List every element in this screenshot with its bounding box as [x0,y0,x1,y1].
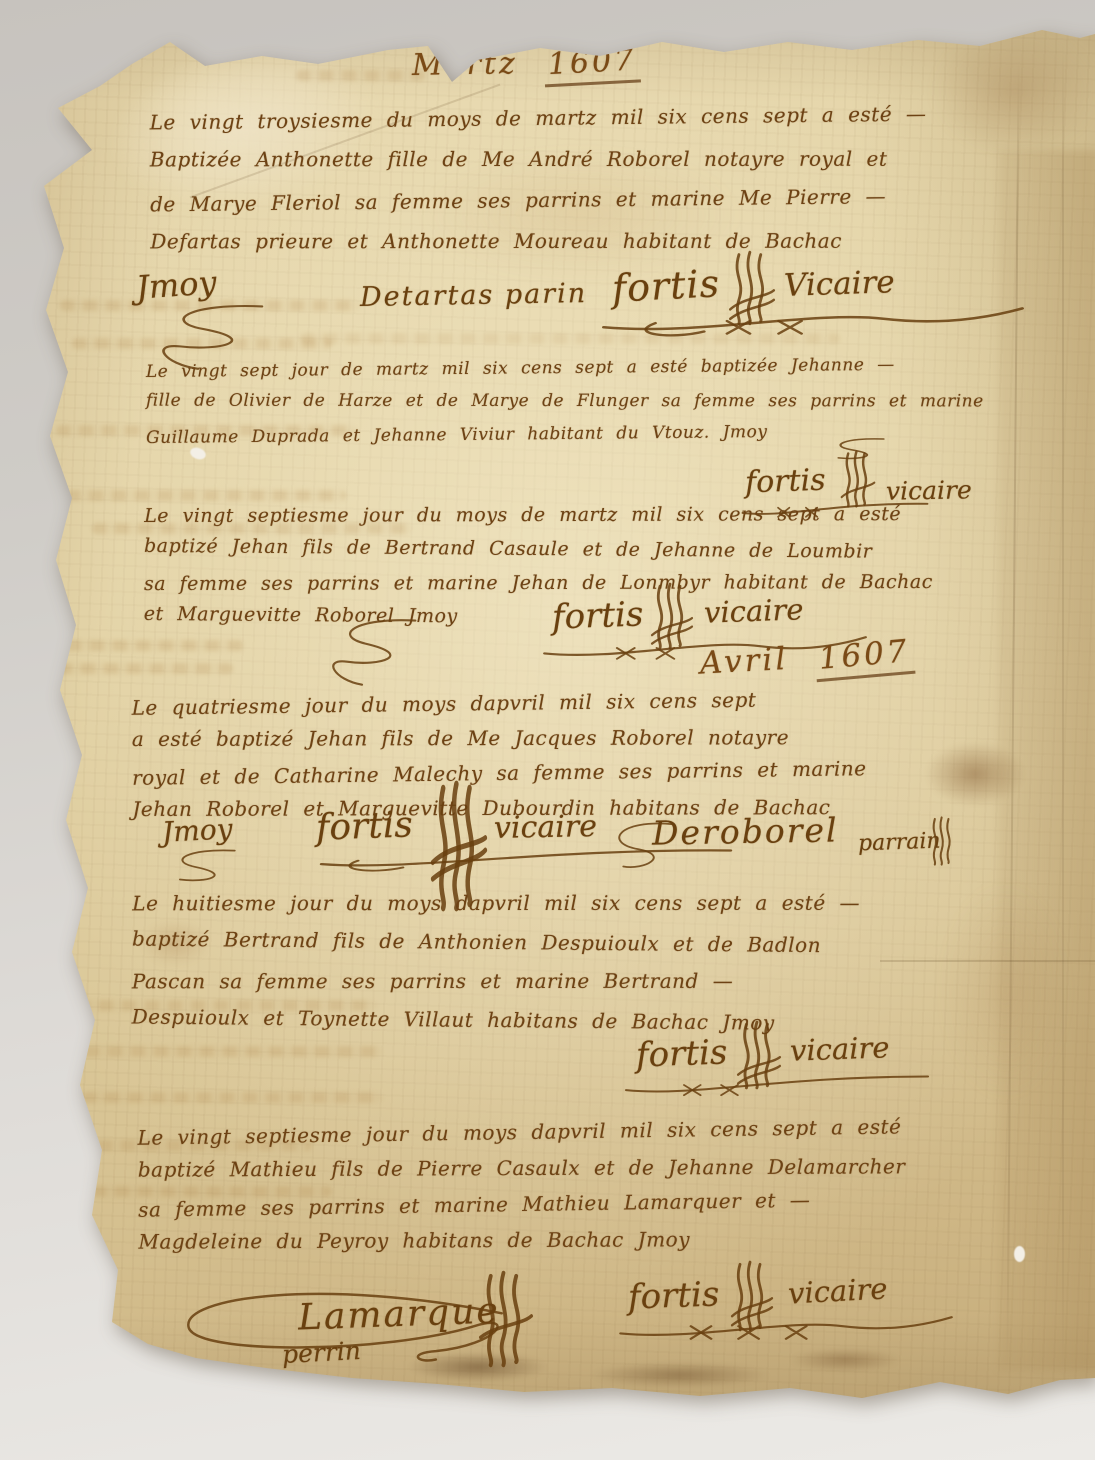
signature-vicaire-1: Vicaire [783,264,895,304]
paraph-flourish-icon [478,1270,534,1368]
signature-jmoy-4: Jmoy [161,812,233,849]
signature-underline-icon [622,1068,932,1102]
entry-line: Le quatriesme jour du moys dapvril mil s… [131,681,866,726]
show-through-text [58,663,233,674]
signature-vicaire-3: vicaire [703,592,804,629]
signature-perrin-label: perrin [281,1336,361,1369]
entry-line: Le vingt septiesme jour du moys de martz… [144,497,933,533]
baptism-entry-1: Le vingt troysiesme du moys de martz mil… [150,96,928,264]
ink-smudge [925,742,1025,806]
crease-line [1006,60,1019,1370]
entry-line: Defartas prieure et Anthonette Moureau h… [150,221,927,263]
entry-line: Pascan sa femme ses parrins et marine Be… [132,962,860,1002]
stain [790,1348,900,1372]
baptism-entry-6: Le vingt septiesme jour du moys dapvril … [137,1111,906,1262]
stain [590,1362,770,1388]
paper-wrap: Martz 1607 Le vingt troysiesme du moys d… [0,0,1095,1460]
entry-line: de Marye Fleriol sa femme ses parrins et… [150,176,927,226]
stain [930,26,1095,156]
signature-underline-icon [616,1310,956,1346]
entry-line: Le vingt troysiesme du moys de martz mil… [149,94,926,144]
baptism-entry-4: Le quatriesme jour du moys dapvril mil s… [132,683,867,828]
entry-line: baptizé Jehan fils de Bertrand Casaule e… [144,529,933,569]
heading-martz-1607: Martz 1607 [412,44,641,88]
manuscript-page: Martz 1607 Le vingt troysiesme du moys d… [0,0,1095,1460]
signature-vicaire-5: vicaire [789,1030,890,1067]
entry-line: Magdeleine du Peyroy habitans de Bachac … [138,1220,906,1259]
baptism-entry-5: Le huitiesme jour du moys dapvril mil si… [132,882,861,1042]
baptism-entry-3: Le vingt septiesme jour du moys de martz… [144,497,933,636]
show-through-text [82,1092,382,1103]
entry-line: Le vingt sept jour de martz mil six cens… [146,348,984,389]
show-through-text [44,640,244,651]
signature-vicaire-6: vicaire [787,1271,888,1310]
heading-month: Avril [699,641,789,682]
crease-line [1062,40,1064,1370]
entry-line: royal et de Catharine Malechy sa femme s… [132,751,867,796]
entry-line: Baptizée Anthonette fille de Me André Ro… [150,139,927,181]
entry-line: Le huitiesme jour du moys dapvril mil si… [132,884,860,924]
signature-vicaire-4: vicaire [494,809,598,846]
crease-line [880,960,1095,962]
show-through-text [296,70,426,81]
signature-swirl-icon [322,614,422,688]
photo-backdrop: Martz 1607 Le vingt troysiesme du moys d… [0,0,1095,1460]
entry-line: a esté baptizé Jehan fils de Me Jacques … [132,720,867,757]
entry-line: fille de Olivier de Harze et de Marye de… [146,385,984,419]
signature-underline-icon [598,300,1028,342]
heading-month: Martz [412,46,518,83]
entry-line: sa femme ses parrins et marine Jehan de … [144,565,933,601]
entry-line: baptizé Bertrand fils de Anthonien Despu… [132,920,860,966]
show-through-text [62,1046,382,1057]
signature-fortis-2: fortis [744,463,826,501]
signature-lamarque: Lamarque [297,1290,500,1338]
signature-detartas-parrain: Detartas parin [360,278,588,313]
heading-year: 1607 [813,633,915,682]
signature-deroborel: Deroborel [652,810,839,852]
stain [940,880,1070,1100]
paraph-flourish-icon [928,816,958,866]
paper-hole [1014,1246,1025,1262]
heading-year: 1607 [543,42,641,87]
